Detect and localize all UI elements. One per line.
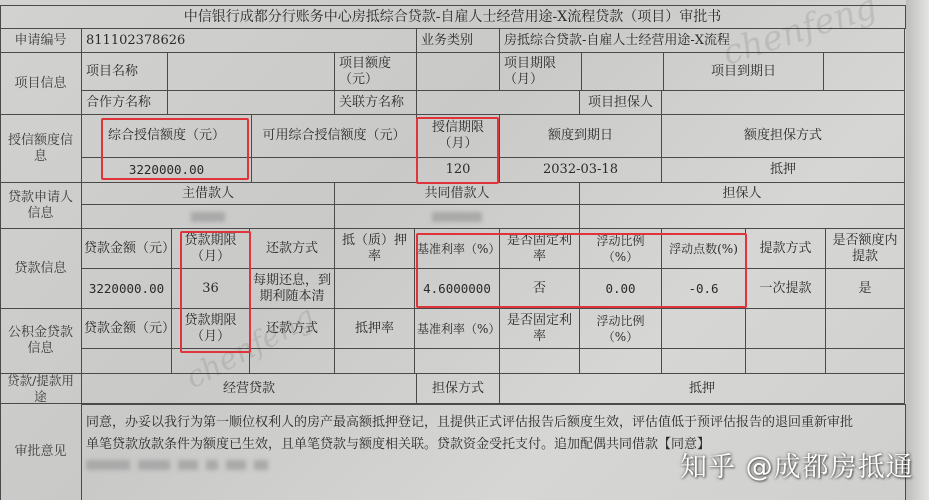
pf-empty-value-3 (826, 349, 905, 374)
project-name-value (168, 53, 335, 91)
loan-header-amount: 贷款金额（元） (82, 229, 172, 269)
loan-amount-value: 3220000.00 (82, 269, 172, 309)
document-title: 中信银行成都分行账务中心房抵综合贷款-自雇人士经营用途-X流程贷款（项目）审批书 (0, 5, 906, 29)
project-maturity-label: 项目到期日 (664, 53, 824, 91)
loan-header-fixed-rate: 是否固定利率 (500, 229, 580, 269)
pf-header-fixed-rate: 是否固定利率 (500, 309, 580, 349)
total-credit-value: 3220000.00 (82, 158, 252, 183)
loan-header-term: 贷款期限（月） (172, 229, 250, 269)
project-amount-value (417, 53, 500, 91)
application-no-value: 811102378626 (82, 29, 417, 53)
project-guarantor-label: 项目担保人 (580, 91, 662, 115)
loan-pledge-rate-value (335, 269, 415, 309)
purpose-guarantee-value: 抵押 (500, 374, 905, 404)
loan-repayment-value: 每期还息，到期利随本清 (250, 269, 335, 309)
related-party-label: 关联方名称 (335, 91, 417, 115)
co-borrower-label: 共同借款人 (335, 183, 580, 205)
credit-maturity-label: 额度到期日 (500, 115, 662, 158)
loan-term-value: 36 (172, 269, 250, 309)
pf-header-base-rate: 基准利率（%） (415, 309, 500, 349)
credit-maturity-value: 2032-03-18 (500, 158, 662, 183)
pf-header-amount: 贷款金额（元） (82, 309, 172, 349)
loan-draw-method-value: 一次提款 (746, 269, 826, 309)
pf-header-term: 贷款期限（月） (172, 309, 250, 349)
project-guarantor-value (662, 91, 905, 115)
purpose-value: 经营贷款 (82, 374, 417, 404)
main-borrower-label: 主借款人 (82, 183, 335, 205)
business-type-value: 房抵综合贷款-自雇人士经营用途-X流程 (500, 29, 905, 53)
approval-label: 审批意见 (0, 404, 82, 500)
purpose-guarantee-label: 担保方式 (417, 374, 500, 404)
partner-name-value (168, 91, 335, 115)
pf-header-float-ratio: 浮动比例（%） (580, 309, 662, 349)
pf-repayment-value (250, 349, 335, 374)
loan-header-pledge-rate: 抵（质）押率 (335, 229, 415, 269)
business-type-label: 业务类别 (417, 29, 500, 53)
credit-info-label: 授信额度信息 (0, 115, 82, 183)
pf-float-ratio-value (580, 349, 662, 374)
loan-header-within-limit: 是否额度内提款 (826, 229, 905, 269)
project-name-label: 项目名称 (82, 53, 168, 91)
divider (82, 404, 905, 406)
pf-header-empty-1 (662, 309, 746, 349)
credit-term-value: 120 (417, 158, 500, 183)
project-maturity-value (824, 53, 905, 91)
applicant-info-label: 贷款申请人信息 (0, 183, 82, 229)
loan-float-ratio-value: 0.00 (580, 269, 662, 309)
loan-header-base-rate: 基准利率（%） (415, 229, 500, 269)
project-term-value (582, 53, 664, 91)
co-borrower-value-redacted (335, 205, 580, 229)
pf-pledge-rate-value (335, 349, 415, 374)
loan-approval-document: chenfeng chenfeng 中信银行成都分行账务中心房抵综合贷款-自雇人… (0, 0, 929, 500)
available-credit-label: 可用综合授信额度（元） (252, 115, 417, 158)
pf-term-value (172, 349, 250, 374)
loan-within-limit-value: 是 (826, 269, 905, 309)
credit-term-label: 授信期限（月） (417, 115, 500, 158)
guarantee-method-value: 抵押 (662, 158, 905, 183)
pf-amount-value (82, 349, 172, 374)
pf-header-empty-2 (746, 309, 826, 349)
zhihu-watermark: 知乎 @成都房抵通 (680, 445, 914, 484)
provident-fund-label: 公积金贷款信息 (0, 309, 82, 374)
loan-base-rate-value: 4.6000000 (415, 269, 500, 309)
guarantor-label: 担保人 (580, 183, 905, 205)
available-credit-value (252, 158, 417, 183)
project-amount-label: 项目额度（元） (335, 53, 417, 91)
paper-edge (906, 0, 929, 500)
project-info-label: 项目信息 (0, 53, 82, 115)
loan-info-label: 贷款信息 (0, 229, 82, 309)
related-party-value (417, 91, 580, 115)
project-term-label: 项目期限（月） (500, 53, 582, 91)
loan-header-draw-method: 提款方式 (746, 229, 826, 269)
purpose-label: 贷款/提款用途 (0, 374, 82, 404)
pf-fixed-rate-value (500, 349, 580, 374)
pf-empty-value-1 (662, 349, 746, 374)
loan-fixed-rate-value: 否 (500, 269, 580, 309)
pf-header-empty-3 (826, 309, 905, 349)
guarantee-method-label: 额度担保方式 (662, 115, 905, 158)
pf-header-repayment: 还款方式 (250, 309, 335, 349)
loan-header-repayment: 还款方式 (250, 229, 335, 269)
loan-header-float-points: 浮动点数(%) (662, 229, 746, 269)
main-borrower-value-redacted (82, 205, 335, 229)
pf-header-pledge-rate: 抵押率 (335, 309, 415, 349)
pf-empty-value-2 (746, 349, 826, 374)
approval-line-1: 同意，办妥以我行为第一顺位权利人的房产最高额抵押登记，且提供正式评估报告后额度生… (86, 412, 901, 434)
application-no-label: 申请编号 (0, 29, 82, 53)
guarantor-value (580, 205, 905, 229)
total-credit-label: 综合授信额度（元） (82, 115, 252, 158)
partner-name-label: 合作方名称 (82, 91, 168, 115)
pf-base-rate-value (415, 349, 500, 374)
loan-header-float-ratio: 浮动比例（%） (580, 229, 662, 269)
loan-float-points-value: -0.6 (662, 269, 746, 309)
